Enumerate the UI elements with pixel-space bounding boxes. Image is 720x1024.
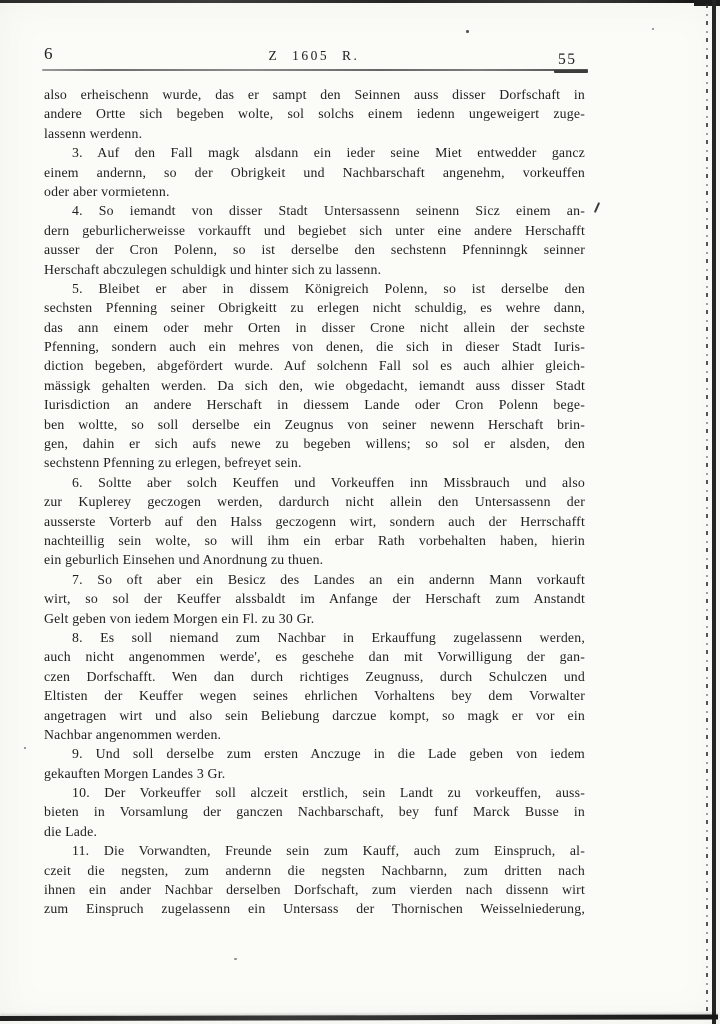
text-line: ein geburlich Einsehen und Anordnung zu …	[44, 550, 585, 569]
paragraph: 8. Es soll niemand zum Nachbar in Erkauf…	[44, 628, 585, 744]
paragraph: 6. Soltte aber solch Keuffen und Vorkeuf…	[44, 473, 585, 570]
header-rule-end-segment	[554, 70, 588, 73]
scan-border-top	[0, 0, 720, 3]
text-line: mässigk gehalten werden. Da sich den, wi…	[44, 376, 585, 395]
text-line: 6. Soltte aber solch Keuffen und Vorkeuf…	[44, 473, 585, 492]
text-line: das ann einem oder mehr Orten in disser …	[44, 318, 585, 337]
text-line: lassenn werdenn.	[44, 124, 585, 143]
page-number-right: 55	[558, 51, 577, 69]
text-line: 8. Es soll niemand zum Nachbar in Erkauf…	[44, 628, 585, 647]
text-block: also erheischenn wurde, das er sampt den…	[44, 85, 585, 919]
scan-border-bottom	[0, 1014, 718, 1021]
paragraph: 4. So iemandt von disser Stadt Untersass…	[44, 201, 585, 279]
text-line: ausser der Cron Polenn, so ist derselbe …	[44, 240, 585, 259]
text-line: andere Ortte sich begeben wolte, sol sol…	[44, 104, 585, 123]
text-line: sechstenn Pfenning zu erlegen, befreyet …	[44, 453, 585, 472]
text-line: auch nicht angenommen werde', es gescheh…	[44, 647, 585, 666]
ink-speck	[652, 28, 654, 30]
text-line: diction begeben, abgefördert wurde. Auf …	[44, 356, 585, 375]
paragraph: 7. So oft aber ein Besicz des Landes an …	[44, 570, 585, 628]
text-line: Gelt geben von iedem Morgen ein Fl. zu 3…	[44, 609, 585, 628]
text-line: nachteillig sein wolte, so will ihm ein …	[44, 531, 585, 550]
text-line: 10. Der Vorkeuffer soll alczeit erstlich…	[44, 783, 585, 802]
text-line: gen, dahin er sich aufs newe zu begeben …	[44, 434, 585, 453]
text-line: 3. Auf den Fall magk alsdann ein ieder s…	[44, 143, 585, 162]
text-line: Herschaft abczulegen schuldigk und hinte…	[44, 260, 585, 279]
ink-speck	[466, 30, 469, 33]
text-line: zur Kuplerey geczogen werden, dardurch n…	[44, 492, 585, 511]
running-title: Z 1605 R.	[44, 48, 584, 64]
text-line: dern geburlicherweisse vorkaufft und beg…	[44, 221, 585, 240]
paragraph: 3. Auf den Fall magk alsdann ein ieder s…	[44, 143, 585, 201]
text-line: Eltisten der Keuffer wegen seines ehrlic…	[44, 686, 585, 705]
text-line: die Lade.	[44, 822, 585, 841]
paragraph: 10. Der Vorkeuffer soll alczeit erstlich…	[44, 783, 585, 841]
text-line: bieten in Vorsamlung der ganczen Nachbar…	[44, 802, 585, 821]
text-line: 7. So oft aber ein Besicz des Landes an …	[44, 570, 585, 589]
text-line: wirt, so sol der Keuffer alssbaldt im An…	[44, 589, 585, 608]
text-line: also erheischenn wurde, das er sampt den…	[44, 85, 585, 104]
text-line: ben woltte, so soll derselbe ein Zeugnus…	[44, 415, 585, 434]
text-line: einem andernn, so der Obrigkeit und Nach…	[44, 163, 585, 182]
scan-border-right	[712, 0, 716, 1024]
text-line: Nachbar angenommen werden.	[44, 725, 585, 744]
scanned-document-page: 6 Z 1605 R. 55 also erheischenn wurde, d…	[0, 0, 720, 1024]
text-line: zum Einspruch zugelassenn ein Untersass …	[44, 899, 585, 918]
text-line: 9. Und soll derselbe zum ersten Anczuge …	[44, 744, 585, 763]
text-line: oder aber vormietenn.	[44, 182, 585, 201]
paragraph: 9. Und soll derselbe zum ersten Anczuge …	[44, 744, 585, 783]
text-line: ihnen ein ander Nachbar derselben Dorfsc…	[44, 880, 585, 899]
paragraph: 5. Bleibet er aber in dissem Königreich …	[44, 279, 585, 473]
paragraph: also erheischenn wurde, das er sampt den…	[44, 85, 585, 143]
text-line: czen Dorfschafft. Wen dan durch richtige…	[44, 667, 585, 686]
scan-border-right-dotted	[706, 4, 708, 1012]
text-line: 4. So iemandt von disser Stadt Untersass…	[44, 201, 585, 220]
text-line: czeit die negsten, zum andernn die negst…	[44, 861, 585, 880]
text-line: sechsten Pfenning seiner Obrigkeitt zu e…	[44, 298, 585, 317]
text-line: 5. Bleibet er aber in dissem Königreich …	[44, 279, 585, 298]
text-line: 11. Die Vorwandten, Freunde sein zum Kau…	[44, 841, 585, 860]
text-line: Pfenning, sondern auch ein mehres von de…	[44, 337, 585, 356]
ink-speck	[234, 958, 237, 960]
text-line: Iurisdiction an andere Herschaft in dies…	[44, 395, 585, 414]
paragraph: 11. Die Vorwandten, Freunde sein zum Kau…	[44, 841, 585, 919]
text-line: angetragen wirt und also sein Beliebung …	[44, 706, 585, 725]
stray-pen-mark	[594, 202, 600, 213]
text-line: gekauften Morgen Landes 3 Gr.	[44, 764, 585, 783]
ink-speck	[24, 747, 26, 749]
text-line: ausserste Vorterb auf den Halss geczogen…	[44, 512, 585, 531]
header-rule	[42, 69, 588, 71]
